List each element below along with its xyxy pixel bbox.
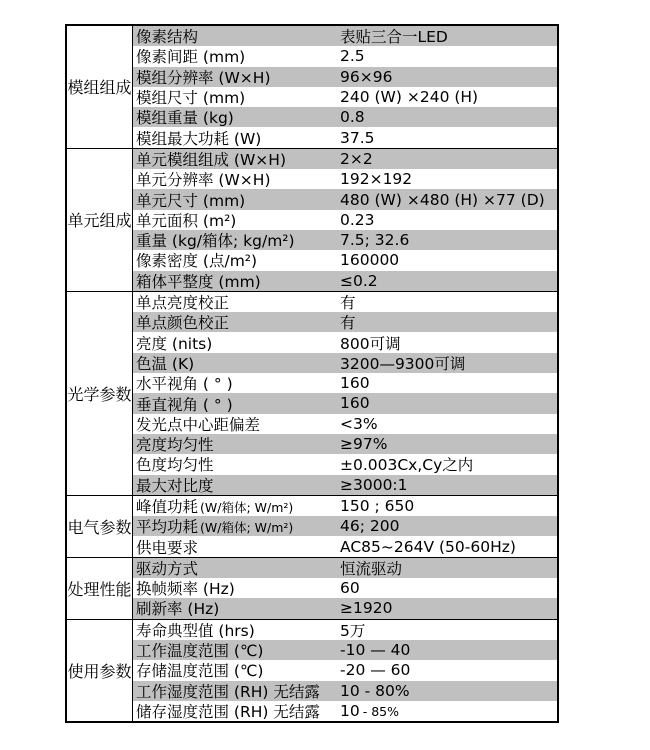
section-rows: 单点亮度校正 有 单点颜色校正 有 亮度 (nits) 800可调 色温 (K)…	[133, 292, 557, 495]
attribute-text: 工作温度范围 (℃)	[136, 642, 263, 660]
section-rows: 单元模组组成 (W×H) 2×2 单元分辨率 (W×H) 192×192 单元尺…	[133, 149, 557, 291]
section-label: 单元组成	[67, 149, 133, 291]
value-text: 37.5	[340, 129, 375, 147]
spec-value: 0.8	[340, 108, 557, 126]
section-rows: 驱动方式 恒流驱动 换帧频率 (Hz) 60 刷新率 (Hz) ≥1920	[133, 558, 557, 619]
spec-value: <3%	[340, 415, 557, 433]
spec-attribute-label: 供电要求	[133, 536, 340, 558]
spec-row: 像素密度 (点/m²) 160000	[133, 250, 557, 270]
spec-attribute-label: 模组尺寸 (mm)	[133, 86, 340, 108]
spec-section: 单元组成 单元模组组成 (W×H) 2×2 单元分辨率 (W×H) 192×19…	[67, 148, 557, 291]
section-label: 光学参数	[67, 292, 133, 495]
attribute-text: 箱体平整度 (mm)	[136, 273, 261, 291]
attribute-text: 换帧频率 (Hz)	[136, 580, 235, 598]
value-text: 表贴三合一LED	[340, 28, 448, 46]
section-label: 使用参数	[67, 620, 133, 721]
spec-row: 像素间距 (mm) 2.5	[133, 46, 557, 66]
spec-attribute-label: 色度均匀性	[133, 453, 340, 475]
value-text: -20 — 60	[340, 661, 410, 679]
spec-value: 160	[340, 374, 557, 392]
value-text: ≥3000:1	[340, 476, 408, 494]
attribute-text: 像素密度 (点/m²)	[136, 252, 257, 270]
attribute-text: 亮度 (nits)	[136, 335, 212, 353]
spec-row: 驱动方式 恒流驱动	[133, 558, 557, 578]
attribute-unit-text: (W/箱体; W/m²)	[200, 520, 293, 535]
spec-value: 有	[340, 311, 557, 333]
spec-attribute-label: 模组分辨率 (W×H)	[133, 66, 340, 88]
spec-row: 模组尺寸 (mm) 240 (W) ×240 (H)	[133, 87, 557, 107]
section-rows: 像素结构 表贴三合一LED 像素间距 (mm) 2.5 模组分辨率 (W×H) …	[133, 26, 557, 148]
spec-row: 工作温度范围 (℃) -10 — 40	[133, 640, 557, 660]
attribute-text: 模组分辨率 (W×H)	[136, 69, 271, 87]
spec-attribute-label: 像素密度 (点/m²)	[133, 249, 340, 271]
spec-value: 0.23	[340, 211, 557, 229]
spec-row: 工作湿度范围 (RH) 无结露 10 - 80%	[133, 681, 557, 701]
spec-value: ≥3000:1	[340, 476, 557, 494]
attribute-text: 寿命典型值 (hrs)	[136, 622, 255, 640]
value-text: 480 (W) ×480 (H) ×77 (D)	[340, 191, 545, 209]
value-suffix-text: - 85%	[363, 704, 399, 719]
spec-row: 峰值功耗(W/箱体; W/m²) 150 ; 650	[133, 496, 557, 516]
spec-value: 有	[340, 291, 557, 313]
spec-value: 160000	[340, 251, 557, 269]
spec-attribute-label: 模组重量 (kg)	[133, 106, 340, 128]
value-text: 2×2	[340, 150, 373, 168]
spec-section: 模组组成 像素结构 表贴三合一LED 像素间距 (mm) 2.5 模组分辨率 (…	[67, 26, 557, 148]
value-text: 有	[340, 294, 356, 312]
spec-value: 150 ; 650	[340, 497, 557, 515]
spec-attribute-label: 垂直视角 ( ° )	[133, 393, 340, 415]
spec-value: 2×2	[340, 150, 557, 168]
spec-value: 7.5; 32.6	[340, 231, 557, 249]
attribute-text: 色温 (K)	[136, 355, 194, 373]
value-text: 10	[340, 702, 360, 720]
attribute-text: 平均功耗	[136, 518, 198, 536]
spec-row: 模组重量 (kg) 0.8	[133, 107, 557, 127]
spec-section: 处理性能 驱动方式 恒流驱动 换帧频率 (Hz) 60 刷新率 (Hz) ≥19…	[67, 557, 557, 619]
spec-value: AC85~264V (50-60Hz)	[340, 538, 557, 556]
spec-attribute-label: 单元分辨率 (W×H)	[133, 168, 340, 190]
spec-attribute-label: 像素结构	[133, 25, 340, 47]
spec-value: 160	[340, 394, 557, 412]
spec-row: 模组分辨率 (W×H) 96×96	[133, 67, 557, 87]
spec-row: 换帧频率 (Hz) 60	[133, 578, 557, 598]
spec-row: 发光点中心距偏差 <3%	[133, 414, 557, 434]
spec-attribute-label: 储存湿度范围 (RH) 无结露	[133, 700, 340, 722]
value-text: 192×192	[340, 170, 412, 188]
spec-row: 供电要求 AC85~264V (50-60Hz)	[133, 536, 557, 556]
value-text: 160	[340, 394, 370, 412]
attribute-text: 像素结构	[136, 28, 198, 46]
section-rows: 寿命典型值 (hrs) 5万 工作温度范围 (℃) -10 — 40 存储温度范…	[133, 620, 557, 721]
spec-section: 光学参数 单点亮度校正 有 单点颜色校正 有 亮度 (nits) 800可调 色…	[67, 291, 557, 495]
spec-value: 37.5	[340, 129, 557, 147]
value-text: -10 — 40	[340, 641, 410, 659]
spec-attribute-label: 单点颜色校正	[133, 311, 340, 333]
attribute-text: 单元尺寸 (mm)	[136, 192, 245, 210]
spec-attribute-label: 单点亮度校正	[133, 291, 340, 313]
attribute-text: 重量 (kg/箱体; kg/m²)	[136, 232, 295, 250]
value-text: 150 ; 650	[340, 497, 414, 515]
spec-value: 46; 200	[340, 517, 557, 535]
attribute-text: 最大对比度	[136, 477, 214, 495]
value-text: 有	[340, 314, 356, 332]
value-text: 60	[340, 579, 360, 597]
spec-row: 水平视角 ( ° ) 160	[133, 373, 557, 393]
spec-value: 800可调	[340, 332, 557, 354]
spec-attribute-label: 最大对比度	[133, 474, 340, 496]
attribute-text: 发光点中心距偏差	[136, 416, 260, 434]
spec-attribute-label: 驱动方式	[133, 557, 340, 579]
spec-row: 模组最大功耗 (W) 37.5	[133, 127, 557, 147]
value-text: 0.23	[340, 211, 375, 229]
value-text: 0.8	[340, 108, 365, 126]
spec-value: 2.5	[340, 47, 557, 65]
spec-value: 表贴三合一LED	[340, 25, 557, 47]
attribute-text: 单元面积 (m²)	[136, 212, 236, 230]
value-text: 160000	[340, 251, 399, 269]
spec-attribute-label: 箱体平整度 (mm)	[133, 270, 340, 292]
spec-attribute-label: 寿命典型值 (hrs)	[133, 619, 340, 641]
spec-attribute-label: 刷新率 (Hz)	[133, 597, 340, 619]
value-text: 10 - 80%	[340, 682, 410, 700]
attribute-text: 储存湿度范围 (RH) 无结露	[136, 703, 320, 721]
attribute-text: 像素间距 (mm)	[136, 48, 245, 66]
section-rows: 峰值功耗(W/箱体; W/m²) 150 ; 650 平均功耗(W/箱体; W/…	[133, 496, 557, 557]
spec-section: 电气参数 峰值功耗(W/箱体; W/m²) 150 ; 650 平均功耗(W/箱…	[67, 495, 557, 557]
spec-row: 最大对比度 ≥3000:1	[133, 475, 557, 495]
attribute-text: 色度均匀性	[136, 456, 214, 474]
value-text: 96×96	[340, 68, 392, 86]
attribute-text: 单元模组组成 (W×H)	[136, 151, 286, 169]
value-text: 3200—9300可调	[340, 355, 465, 373]
attribute-text: 模组最大功耗 (W)	[136, 130, 261, 148]
spec-row: 寿命典型值 (hrs) 5万	[133, 620, 557, 640]
spec-attribute-label: 重量 (kg/箱体; kg/m²)	[133, 229, 340, 251]
spec-value: ±0.003Cx,Cy之内	[340, 453, 557, 475]
attribute-text: 刷新率 (Hz)	[136, 600, 219, 618]
spec-value: ≥97%	[340, 435, 557, 453]
attribute-text: 峰值功耗	[136, 498, 198, 516]
spec-row: 储存湿度范围 (RH) 无结露 10- 85%	[133, 701, 557, 721]
spec-row: 刷新率 (Hz) ≥1920	[133, 598, 557, 618]
spec-row: 单点亮度校正 有	[133, 292, 557, 312]
value-text: 7.5; 32.6	[340, 231, 409, 249]
value-text: 2.5	[340, 47, 365, 65]
value-text: ≤0.2	[340, 272, 378, 290]
section-label: 电气参数	[67, 496, 133, 557]
spec-value: 10 - 80%	[340, 682, 557, 700]
spec-row: 存储温度范围 (℃) -20 — 60	[133, 660, 557, 680]
spec-value: 3200—9300可调	[340, 352, 557, 374]
spec-attribute-label: 工作湿度范围 (RH) 无结露	[133, 680, 340, 702]
spec-row: 重量 (kg/箱体; kg/m²) 7.5; 32.6	[133, 230, 557, 250]
spec-value: -10 — 40	[340, 641, 557, 659]
spec-sheet-page: 模组组成 像素结构 表贴三合一LED 像素间距 (mm) 2.5 模组分辨率 (…	[0, 0, 650, 750]
spec-row: 单元面积 (m²) 0.23	[133, 210, 557, 230]
value-text: ±0.003Cx,Cy之内	[340, 456, 473, 474]
attribute-text: 垂直视角 ( ° )	[136, 396, 233, 414]
spec-value: ≥1920	[340, 599, 557, 617]
attribute-text: 存储温度范围 (℃)	[136, 662, 263, 680]
value-text: 5万	[340, 622, 365, 640]
value-text: ≥97%	[340, 435, 387, 453]
attribute-text: 单点亮度校正	[136, 294, 229, 312]
spec-attribute-label: 存储温度范围 (℃)	[133, 659, 340, 681]
section-label: 处理性能	[67, 558, 133, 619]
spec-attribute-label: 水平视角 ( ° )	[133, 372, 340, 394]
spec-value: 5万	[340, 619, 557, 641]
spec-attribute-label: 发光点中心距偏差	[133, 413, 340, 435]
spec-row: 垂直视角 ( ° ) 160	[133, 393, 557, 413]
spec-row: 单元分辨率 (W×H) 192×192	[133, 169, 557, 189]
spec-attribute-label: 单元面积 (m²)	[133, 209, 340, 231]
spec-value: -20 — 60	[340, 661, 557, 679]
spec-row: 色度均匀性 ±0.003Cx,Cy之内	[133, 454, 557, 474]
spec-attribute-label: 换帧频率 (Hz)	[133, 577, 340, 599]
value-text: 160	[340, 374, 370, 392]
attribute-text: 水平视角 ( ° )	[136, 375, 233, 393]
spec-value: 10- 85%	[340, 702, 557, 720]
spec-row: 亮度 (nits) 800可调	[133, 332, 557, 352]
spec-table: 模组组成 像素结构 表贴三合一LED 像素间距 (mm) 2.5 模组分辨率 (…	[65, 24, 559, 723]
spec-section: 使用参数 寿命典型值 (hrs) 5万 工作温度范围 (℃) -10 — 40 …	[67, 619, 557, 721]
attribute-unit-text: (W/箱体; W/m²)	[200, 500, 293, 515]
spec-attribute-label: 单元尺寸 (mm)	[133, 189, 340, 211]
spec-row: 色温 (K) 3200—9300可调	[133, 353, 557, 373]
attribute-text: 驱动方式	[136, 560, 198, 578]
value-text: ≥1920	[340, 599, 392, 617]
attribute-text: 供电要求	[136, 539, 198, 557]
attribute-text: 工作湿度范围 (RH) 无结露	[136, 683, 320, 701]
spec-row: 箱体平整度 (mm) ≤0.2	[133, 271, 557, 291]
value-text: 240 (W) ×240 (H)	[340, 88, 478, 106]
attribute-text: 单点颜色校正	[136, 314, 229, 332]
value-text: AC85~264V (50-60Hz)	[340, 538, 516, 556]
value-text: 800可调	[340, 335, 401, 353]
spec-attribute-label: 平均功耗(W/箱体; W/m²)	[133, 515, 340, 537]
attribute-text: 亮度均匀性	[136, 436, 214, 454]
spec-value: 60	[340, 579, 557, 597]
value-text: 46; 200	[340, 517, 399, 535]
spec-attribute-label: 单元模组组成 (W×H)	[133, 148, 340, 170]
section-label: 模组组成	[67, 26, 133, 148]
spec-value: ≤0.2	[340, 272, 557, 290]
value-text: 恒流驱动	[340, 560, 402, 578]
spec-row: 亮度均匀性 ≥97%	[133, 434, 557, 454]
spec-attribute-label: 模组最大功耗 (W)	[133, 127, 340, 149]
spec-row: 平均功耗(W/箱体; W/m²) 46; 200	[133, 516, 557, 536]
spec-attribute-label: 色温 (K)	[133, 352, 340, 374]
value-text: <3%	[340, 415, 378, 433]
spec-value: 192×192	[340, 170, 557, 188]
attribute-text: 模组重量 (kg)	[136, 109, 234, 127]
spec-attribute-label: 工作温度范围 (℃)	[133, 639, 340, 661]
spec-row: 像素结构 表贴三合一LED	[133, 26, 557, 46]
spec-attribute-label: 亮度均匀性	[133, 433, 340, 455]
spec-row: 单元尺寸 (mm) 480 (W) ×480 (H) ×77 (D)	[133, 189, 557, 209]
spec-value: 恒流驱动	[340, 557, 557, 579]
spec-attribute-label: 亮度 (nits)	[133, 332, 340, 354]
spec-row: 单点颜色校正 有	[133, 312, 557, 332]
spec-value: 480 (W) ×480 (H) ×77 (D)	[340, 191, 557, 209]
spec-attribute-label: 像素间距 (mm)	[133, 45, 340, 67]
spec-row: 单元模组组成 (W×H) 2×2	[133, 149, 557, 169]
spec-attribute-label: 峰值功耗(W/箱体; W/m²)	[133, 495, 340, 517]
attribute-text: 单元分辨率 (W×H)	[136, 171, 271, 189]
spec-value: 240 (W) ×240 (H)	[340, 88, 557, 106]
spec-value: 96×96	[340, 68, 557, 86]
attribute-text: 模组尺寸 (mm)	[136, 89, 245, 107]
